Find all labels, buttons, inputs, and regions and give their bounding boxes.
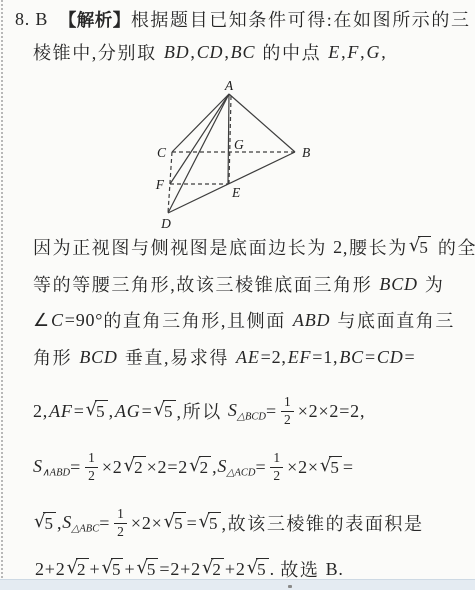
math-roman-text: 8. B bbox=[15, 9, 59, 30]
math-italic-text: E bbox=[328, 42, 340, 63]
math-italic-text: CD bbox=[377, 347, 404, 368]
scan-bottom-edge bbox=[0, 579, 475, 590]
scan-perforation-edge bbox=[1, 0, 3, 590]
math-roman-text: B. bbox=[326, 559, 344, 580]
cjk-text: ,故该三棱锥的表面积是 bbox=[222, 510, 424, 536]
math-roman-text: , bbox=[341, 42, 346, 63]
cjk-text: 的中点 bbox=[256, 39, 327, 65]
cjk-text: 根据题目已知条件可得:在如图所示的三 bbox=[131, 6, 471, 32]
edge-AD bbox=[168, 94, 229, 213]
area-symbol-base: S bbox=[33, 456, 42, 476]
cjk-text: 的直角三角形,且侧面 bbox=[103, 307, 292, 333]
math-italic-text: G bbox=[366, 42, 380, 63]
line-1: 8. B 【解析】根据题目已知条件可得:在如图所示的三 bbox=[15, 6, 471, 32]
vertex-label-A: A bbox=[224, 80, 234, 93]
math-roman-text: = bbox=[343, 457, 354, 478]
area-symbol: S△BCD bbox=[228, 400, 266, 423]
radicand: 2 bbox=[76, 558, 89, 580]
math-roman-text: , bbox=[190, 42, 195, 63]
line-5: ∠C=90°的直角三角形,且侧面 ABD 与底面直角三 bbox=[33, 307, 455, 333]
line-6: 角形 BCD 垂直,易求得 AE=2,EF=1,BC=CD= bbox=[33, 344, 415, 370]
line-3: 因为正视图与侧视图是底面边长为 2,腰长为√5 的全 bbox=[33, 234, 475, 260]
area-symbol-subscript: ∧ABD bbox=[42, 467, 70, 478]
square-root: √5 bbox=[136, 558, 158, 580]
fraction-denominator: 2 bbox=[88, 468, 95, 484]
cjk-text: 因为正视图与侧视图是底面边长为 bbox=[33, 234, 333, 260]
math-roman-text: ×2=2 bbox=[147, 457, 189, 478]
bold-tag-text: 【解析】 bbox=[59, 7, 131, 32]
math-roman-text: ×2× bbox=[131, 513, 163, 534]
math-italic-text: BCD bbox=[79, 347, 117, 368]
math-roman-text: ×2×2=2, bbox=[298, 401, 366, 422]
math-roman-text: ×2× bbox=[287, 457, 319, 478]
vertex-label-C: C bbox=[157, 145, 167, 160]
math-roman-text: 2 bbox=[333, 237, 343, 258]
radicand: 2 bbox=[211, 558, 224, 580]
square-root: √5 bbox=[86, 400, 108, 422]
math-italic-text: ABD bbox=[293, 310, 330, 331]
cjk-text: ,腰长为 bbox=[343, 234, 408, 260]
radicand: 5 bbox=[173, 512, 186, 534]
radicand: 5 bbox=[329, 456, 342, 478]
math-roman-text: , bbox=[109, 401, 114, 422]
area-symbol-base: S bbox=[228, 400, 237, 420]
cjk-text: 角形 bbox=[33, 344, 78, 370]
area-symbol: S△ACD bbox=[217, 456, 255, 479]
edge-AC bbox=[172, 94, 229, 152]
cjk-text: ,所以 bbox=[177, 398, 228, 424]
vertex-label-D: D bbox=[160, 216, 171, 231]
math-roman-text: , bbox=[360, 42, 365, 63]
tetrahedron-figure-svg: ABCDEFG bbox=[128, 80, 333, 235]
vertex-label-E: E bbox=[231, 185, 241, 200]
math-italic-text: AE bbox=[236, 347, 260, 368]
fraction-numerator: 1 bbox=[270, 451, 283, 468]
math-roman-text: , bbox=[381, 42, 386, 63]
fraction-numerator: 1 bbox=[85, 451, 98, 468]
fraction-denominator: 2 bbox=[284, 412, 291, 428]
math-roman-text: =2+2 bbox=[159, 559, 201, 580]
math-italic-text: BC bbox=[339, 347, 364, 368]
math-roman-text: ×2 bbox=[102, 457, 123, 478]
math-roman-text: = bbox=[187, 513, 198, 534]
radicand: 5 bbox=[95, 400, 108, 422]
math-italic-text: BCD bbox=[379, 274, 417, 295]
square-root: √5 bbox=[409, 236, 431, 258]
square-root: √2 bbox=[202, 558, 224, 580]
radicand: 2 bbox=[199, 456, 212, 478]
math-italic-text: BD bbox=[164, 42, 190, 63]
math-italic-text: CD bbox=[197, 42, 224, 63]
math-roman-text: +2 bbox=[225, 559, 246, 580]
fraction: 12 bbox=[270, 451, 283, 484]
line-8: S∧ABD=12×2√2×2=2√2,S△ACD=12×2×√5= bbox=[33, 446, 354, 488]
math-roman-text: = bbox=[99, 513, 110, 534]
vertex-label-G: G bbox=[234, 137, 244, 152]
square-root: √2 bbox=[67, 558, 89, 580]
radicand: 5 bbox=[256, 558, 269, 580]
area-symbol-subscript: △BCD bbox=[237, 411, 266, 422]
math-roman-text: ∠ bbox=[33, 310, 50, 331]
radicand: 5 bbox=[111, 558, 124, 580]
math-italic-text: EF bbox=[288, 347, 312, 368]
line-9: √5,S△ABC=12×2×√5=√5,故该三棱锥的表面积是 bbox=[33, 502, 424, 544]
radicand: 2 bbox=[133, 456, 146, 478]
cjk-text: 棱锥中,分别取 bbox=[33, 39, 163, 65]
math-roman-text: 2+2 bbox=[35, 559, 66, 580]
vertex-label-F: F bbox=[155, 177, 165, 192]
square-root: √5 bbox=[320, 456, 342, 478]
radicand: 5 bbox=[208, 512, 221, 534]
math-roman-text: =1, bbox=[312, 347, 338, 368]
radicand: 5 bbox=[146, 558, 159, 580]
scanned-solution-page: 8. B 【解析】根据题目已知条件可得:在如图所示的三棱锥中,分别取 BD,CD… bbox=[0, 0, 475, 590]
cjk-text: 为 bbox=[419, 271, 445, 297]
math-roman-text: . bbox=[270, 559, 281, 580]
math-roman-text: = bbox=[266, 401, 277, 422]
square-root: √5 bbox=[34, 512, 56, 534]
square-root: √5 bbox=[199, 512, 221, 534]
edge-DB bbox=[168, 152, 295, 213]
fraction-numerator: 1 bbox=[114, 507, 127, 524]
math-roman-text: = bbox=[405, 347, 416, 368]
cjk-text: 等的等腰三角形,故该三棱锥底面三角形 bbox=[33, 271, 378, 297]
math-italic-text: C bbox=[51, 310, 64, 331]
math-italic-text: BC bbox=[231, 42, 256, 63]
square-root: √5 bbox=[247, 558, 269, 580]
math-roman-text: = bbox=[74, 401, 85, 422]
math-roman-text: , bbox=[224, 42, 229, 63]
radicand: 5 bbox=[43, 512, 56, 534]
area-symbol: S△ABC bbox=[62, 512, 99, 535]
square-root: √5 bbox=[102, 558, 124, 580]
cjk-text: 与底面直角三 bbox=[331, 307, 455, 333]
math-roman-text: =90° bbox=[65, 310, 104, 331]
math-roman-text: = bbox=[255, 457, 266, 478]
math-roman-text: = bbox=[365, 347, 376, 368]
math-italic-text: AG bbox=[115, 401, 141, 422]
math-roman-text: = bbox=[70, 457, 81, 478]
area-symbol-subscript: △ACD bbox=[226, 467, 255, 478]
line-4: 等的等腰三角形,故该三棱锥底面三角形 BCD 为 bbox=[33, 271, 445, 297]
fraction-denominator: 2 bbox=[117, 524, 124, 540]
cjk-text: 垂直,易求得 bbox=[119, 344, 235, 370]
square-root: √5 bbox=[164, 512, 186, 534]
edge-AF bbox=[170, 94, 229, 184]
radicand: 5 bbox=[418, 236, 431, 258]
fraction: 12 bbox=[281, 395, 294, 428]
area-symbol-base: S bbox=[62, 512, 71, 532]
math-roman-text: + bbox=[90, 559, 101, 580]
radicand: 5 bbox=[163, 400, 176, 422]
math-italic-text: AF bbox=[49, 401, 73, 422]
line-2: 棱锥中,分别取 BD,CD,BC 的中点 E,F,G, bbox=[33, 39, 387, 65]
cjk-text: 的全 bbox=[432, 234, 475, 260]
area-symbol-subscript: △ABC bbox=[71, 523, 99, 534]
fraction: 12 bbox=[114, 507, 127, 540]
math-italic-text: F bbox=[347, 42, 359, 63]
math-roman-text: = bbox=[142, 401, 153, 422]
area-symbol: S∧ABD bbox=[33, 456, 70, 479]
fraction: 12 bbox=[85, 451, 98, 484]
square-root: √2 bbox=[124, 456, 146, 478]
tetrahedron-figure: ABCDEFG bbox=[128, 80, 333, 235]
line-7: 2,AF=√5,AG=√5,所以 S△BCD=12×2×2=2, bbox=[33, 390, 365, 432]
math-roman-text: + bbox=[124, 559, 135, 580]
fraction-denominator: 2 bbox=[273, 468, 280, 484]
math-roman-text: 2, bbox=[33, 401, 48, 422]
scan-artifact-dot bbox=[288, 585, 292, 588]
square-root: √5 bbox=[154, 400, 176, 422]
square-root: √2 bbox=[189, 456, 211, 478]
fraction-numerator: 1 bbox=[281, 395, 294, 412]
math-roman-text: =2, bbox=[261, 347, 287, 368]
edge-AE bbox=[228, 94, 229, 184]
vertex-label-B: B bbox=[302, 145, 310, 160]
